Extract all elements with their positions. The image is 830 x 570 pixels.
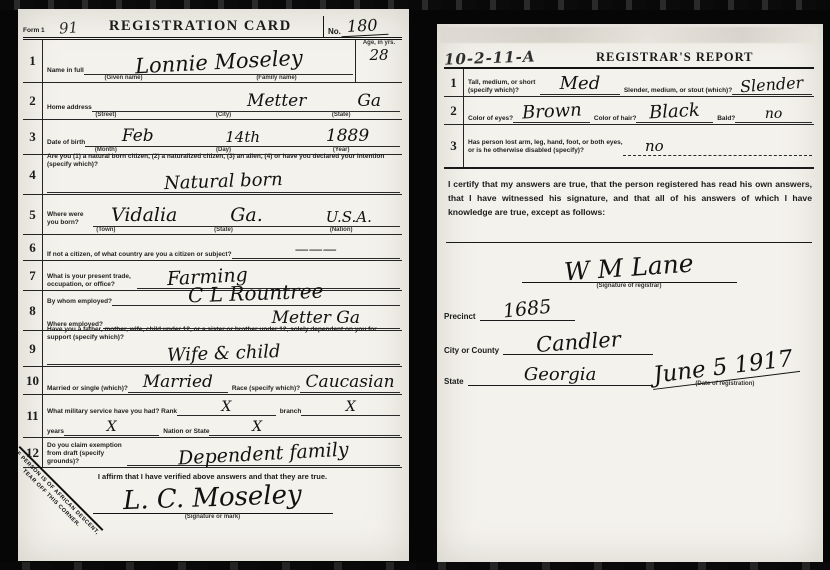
row-build: 1 Tall, medium, or short (specify which)… <box>444 69 814 97</box>
name-label: Name in full <box>47 67 84 75</box>
dob-day: 14th <box>225 128 260 146</box>
row-dependents: 9 Have you a father, mother, wife, child… <box>23 331 402 367</box>
sub-state: (State) <box>282 112 400 118</box>
home-address-city: Metter <box>247 91 306 111</box>
row-number: 8 <box>23 291 43 330</box>
row-number: 1 <box>23 40 43 82</box>
military-branch-answer: X <box>346 399 356 415</box>
military-branch-label: branch <box>276 408 302 416</box>
registration-card-header: Form 1 91 REGISTRATION CARD No. 180 <box>23 13 402 40</box>
exemption-label: Do you claim exemption from draft (speci… <box>47 442 127 466</box>
dependents-label: Have you a father, mother, wife, child u… <box>47 326 400 342</box>
citizenship-answer: Natural born <box>164 169 283 194</box>
precinct-value: 1685 <box>502 295 552 322</box>
born-town: Vidalia <box>111 204 177 226</box>
dob-label: Date of birth <box>47 139 85 147</box>
registrar-signature-block: W M Lane (Signature of registrar) <box>444 253 814 289</box>
registrant-signature: L. C. Moseley <box>123 480 303 516</box>
not-citizen-answer: ——— <box>295 242 337 258</box>
married-label: Married or single (which)? <box>47 385 128 393</box>
dependents-answer: Wife & child <box>166 341 280 366</box>
row-number: 3 <box>23 120 43 154</box>
row-not-citizen: 6 If not a citizen, of what country are … <box>23 235 402 261</box>
married-answer: Married <box>143 372 213 392</box>
certification-text: I certify that my answers are true, that… <box>444 169 814 220</box>
form-label: Form 1 <box>23 27 45 37</box>
state-value: Georgia <box>524 364 596 385</box>
row-where-born: 5 Where were you born? Vidalia Ga. U.S.A… <box>23 195 402 235</box>
eyes-label: Color of eyes? <box>468 115 513 123</box>
report-title: REGISTRAR'S REPORT <box>536 50 815 67</box>
military-years-label: years <box>47 428 64 436</box>
row-home-address: 2 Home address Metter Ga (Street) (City)… <box>23 83 402 120</box>
row-number: 9 <box>23 331 43 366</box>
name-value: Lonnie Moseley <box>134 46 303 79</box>
eyes-answer: Brown <box>521 99 582 123</box>
row-number: 5 <box>23 195 43 234</box>
home-address-state: Ga <box>357 91 381 111</box>
exemption-answer: Dependent family <box>178 439 350 470</box>
row-number: 6 <box>23 235 43 260</box>
affirmation-text: I affirm that I have verified above answ… <box>23 468 402 481</box>
row-date-of-birth: 3 Date of birth Feb 14th 1889 (Month) (D… <box>23 120 402 155</box>
sub-state: (State) <box>165 227 283 233</box>
born-state: Ga. <box>230 204 263 226</box>
form-serial-handwritten: 91 <box>58 18 78 37</box>
race-answer: Caucasian <box>306 372 395 392</box>
hair-answer: Black <box>649 100 701 124</box>
registration-card: Form 1 91 REGISTRATION CARD No. 180 1 Na… <box>18 9 409 561</box>
county-value: Candler <box>535 327 621 357</box>
row-eyes-hair: 2 Color of eyes? Brown Color of hair? Bl… <box>444 97 814 125</box>
sub-city: (City) <box>165 112 283 118</box>
where-born-label: Where were you born? <box>47 211 93 227</box>
home-address-label: Home address <box>47 104 92 112</box>
registrars-report-card: 10-2-11-A REGISTRAR'S REPORT 1 Tall, med… <box>437 24 823 562</box>
sub-street: (Street) <box>47 112 165 118</box>
row-military: 11 What military service have you had? R… <box>23 395 402 438</box>
bald-label: Bald? <box>713 115 735 123</box>
row-number: 7 <box>23 261 43 290</box>
scan-noise-bottom <box>0 562 830 570</box>
citizenship-label: Are you (1) a natural born citizen, (2) … <box>47 153 400 169</box>
military-rank-answer: X <box>221 399 231 415</box>
card-number-value: 180 <box>340 15 388 37</box>
military-years-answer: X <box>107 419 117 435</box>
military-rank-label: What military service have you had? Rank <box>47 408 177 416</box>
sub-nation: (Nation) <box>282 227 400 233</box>
row-number: 4 <box>23 155 43 194</box>
age-value: 28 <box>369 46 388 64</box>
sub-town: (Town) <box>47 227 165 233</box>
bald-answer: no <box>765 106 782 122</box>
report-code-handwritten: 10-2-11-A <box>444 47 536 68</box>
scan-bleedthrough-band <box>440 27 818 43</box>
height-label: Tall, medium, or short (specify which)? <box>468 79 540 95</box>
row-number: 2 <box>444 97 464 124</box>
precinct-label: Precinct <box>444 312 480 321</box>
row-number: 2 <box>23 83 43 119</box>
card-title: REGISTRATION CARD <box>78 18 323 37</box>
row-number: 11 <box>23 395 43 437</box>
disability-label: Has person lost arm, leg, hand, foot, or… <box>468 139 623 155</box>
row-number: 1 <box>444 69 464 96</box>
row-disability: 3 Has person lost arm, leg, hand, foot, … <box>444 125 814 169</box>
row-name: 1 Name in full Lonnie Moseley (Given nam… <box>23 40 402 83</box>
registrar-signature: W M Lane <box>563 248 694 286</box>
age-box: Age, in yrs. 28 <box>355 40 402 82</box>
build-answer: Slender <box>740 73 804 96</box>
county-label: City or County <box>444 346 503 355</box>
row-number: 3 <box>444 125 464 167</box>
born-nation: U.S.A. <box>326 208 372 226</box>
card-number-box: No. 180 <box>323 16 402 37</box>
race-label: Race (specify which)? <box>228 385 300 393</box>
row-exemption: 12 Do you claim exemption from draft (sp… <box>23 438 402 468</box>
registrars-report-header: 10-2-11-A REGISTRAR'S REPORT <box>444 43 814 69</box>
military-nation-answer: X <box>252 419 262 435</box>
build-label: Slender, medium, or stout (which)? <box>620 87 732 95</box>
row-citizenship: 4 Are you (1) a natural born citizen, (2… <box>23 155 402 195</box>
registrant-signature-caption: (Signature or mark) <box>185 514 240 520</box>
precinct-row: Precinct 1685 <box>444 298 814 321</box>
registration-date-block: June 5 1917 (Date of registration) <box>651 354 799 387</box>
sub-family-name: (Family name) <box>200 75 353 81</box>
military-nation-label: Nation or State <box>159 428 209 436</box>
not-citizen-label: If not a citizen, of what country are yo… <box>47 251 232 259</box>
dob-year: 1889 <box>326 126 369 146</box>
employer-answer: C L Rountree <box>188 279 324 308</box>
employer-label: By whom employed? <box>47 298 112 306</box>
hair-label: Color of hair? <box>590 115 637 123</box>
row-married-race: 10 Married or single (which)? Married Ra… <box>23 367 402 395</box>
height-answer: Med <box>560 73 601 94</box>
card-number-label: No. <box>328 27 341 36</box>
row-number: 10 <box>23 367 43 394</box>
disability-answer: no <box>645 137 664 155</box>
except-as-follows-blank-line <box>446 242 812 243</box>
state-label: State <box>444 377 468 386</box>
dob-month: Feb <box>122 126 154 146</box>
